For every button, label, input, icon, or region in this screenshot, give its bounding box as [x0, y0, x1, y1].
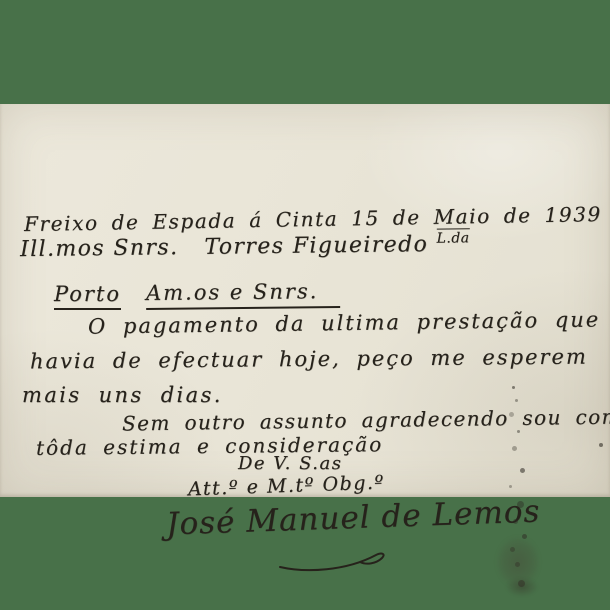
letter-valediction-2: Att.º e M.tº Obg.º	[188, 472, 386, 501]
letter-addressee: Ill.mos Snrs.Torres Figueiredo L.da	[20, 230, 470, 262]
ink-stain-specks	[512, 386, 515, 389]
letter-valediction-1: De V. S.as	[238, 453, 342, 474]
addressee-honorific: Ill.mos Snrs.	[20, 235, 179, 262]
letter-body-line-1: O pagamento da ultima prestação que	[88, 307, 601, 338]
ink-dot	[599, 443, 603, 447]
letter-dateline: Freixo de Espada á Cinta 15 de Maio de 1…	[24, 202, 602, 236]
letterbox-top	[0, 0, 610, 104]
letter-body-line-3: mais uns dias.	[22, 383, 223, 407]
letter-salutation: Am.os e Snrs.	[146, 279, 341, 305]
letter-city: Porto	[54, 282, 121, 306]
addressee-company-suffix: L.da	[436, 228, 469, 246]
signature-flourish	[276, 545, 406, 573]
addressee-name: Torres Figueiredo	[204, 232, 428, 260]
ink-stain-smudge-small	[500, 574, 544, 600]
letter-body-line-4: Sem outro assunto agradecendo sou com	[122, 405, 610, 436]
handwritten-postcard-photo: Freixo de Espada á Cinta 15 de Maio de 1…	[0, 104, 610, 497]
letter-body-line-2: havia de efectuar hoje, peço me esperem	[30, 345, 588, 374]
